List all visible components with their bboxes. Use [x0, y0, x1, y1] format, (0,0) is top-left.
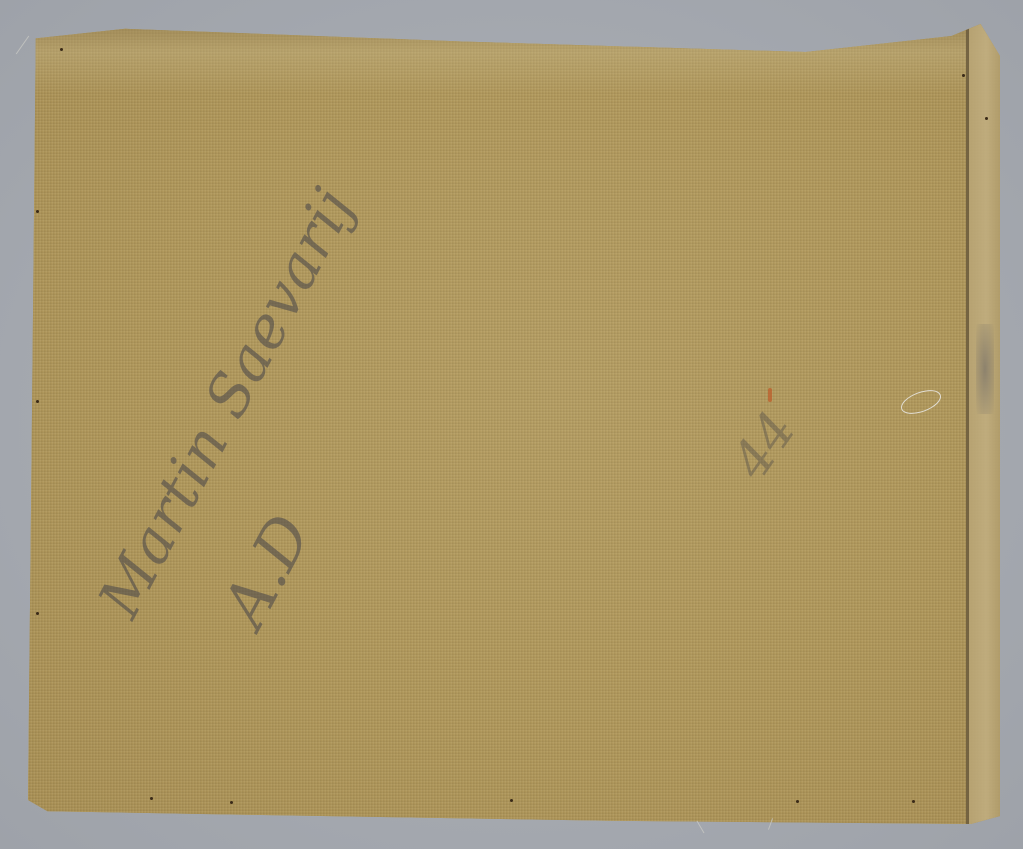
tack-hole — [510, 799, 513, 802]
tack-hole — [985, 117, 988, 120]
tacking-margin-right — [966, 24, 1000, 824]
canvas-back — [28, 24, 1000, 824]
tack-hole — [230, 801, 233, 804]
tack-hole — [36, 400, 39, 403]
tack-hole — [912, 800, 915, 803]
edge-stain — [976, 324, 994, 414]
tack-hole — [962, 74, 965, 77]
tack-hole — [36, 210, 39, 213]
tack-hole — [36, 612, 39, 615]
tack-hole — [60, 48, 63, 51]
paint-fleck — [768, 388, 772, 402]
tack-hole — [150, 797, 153, 800]
tack-hole — [796, 800, 799, 803]
